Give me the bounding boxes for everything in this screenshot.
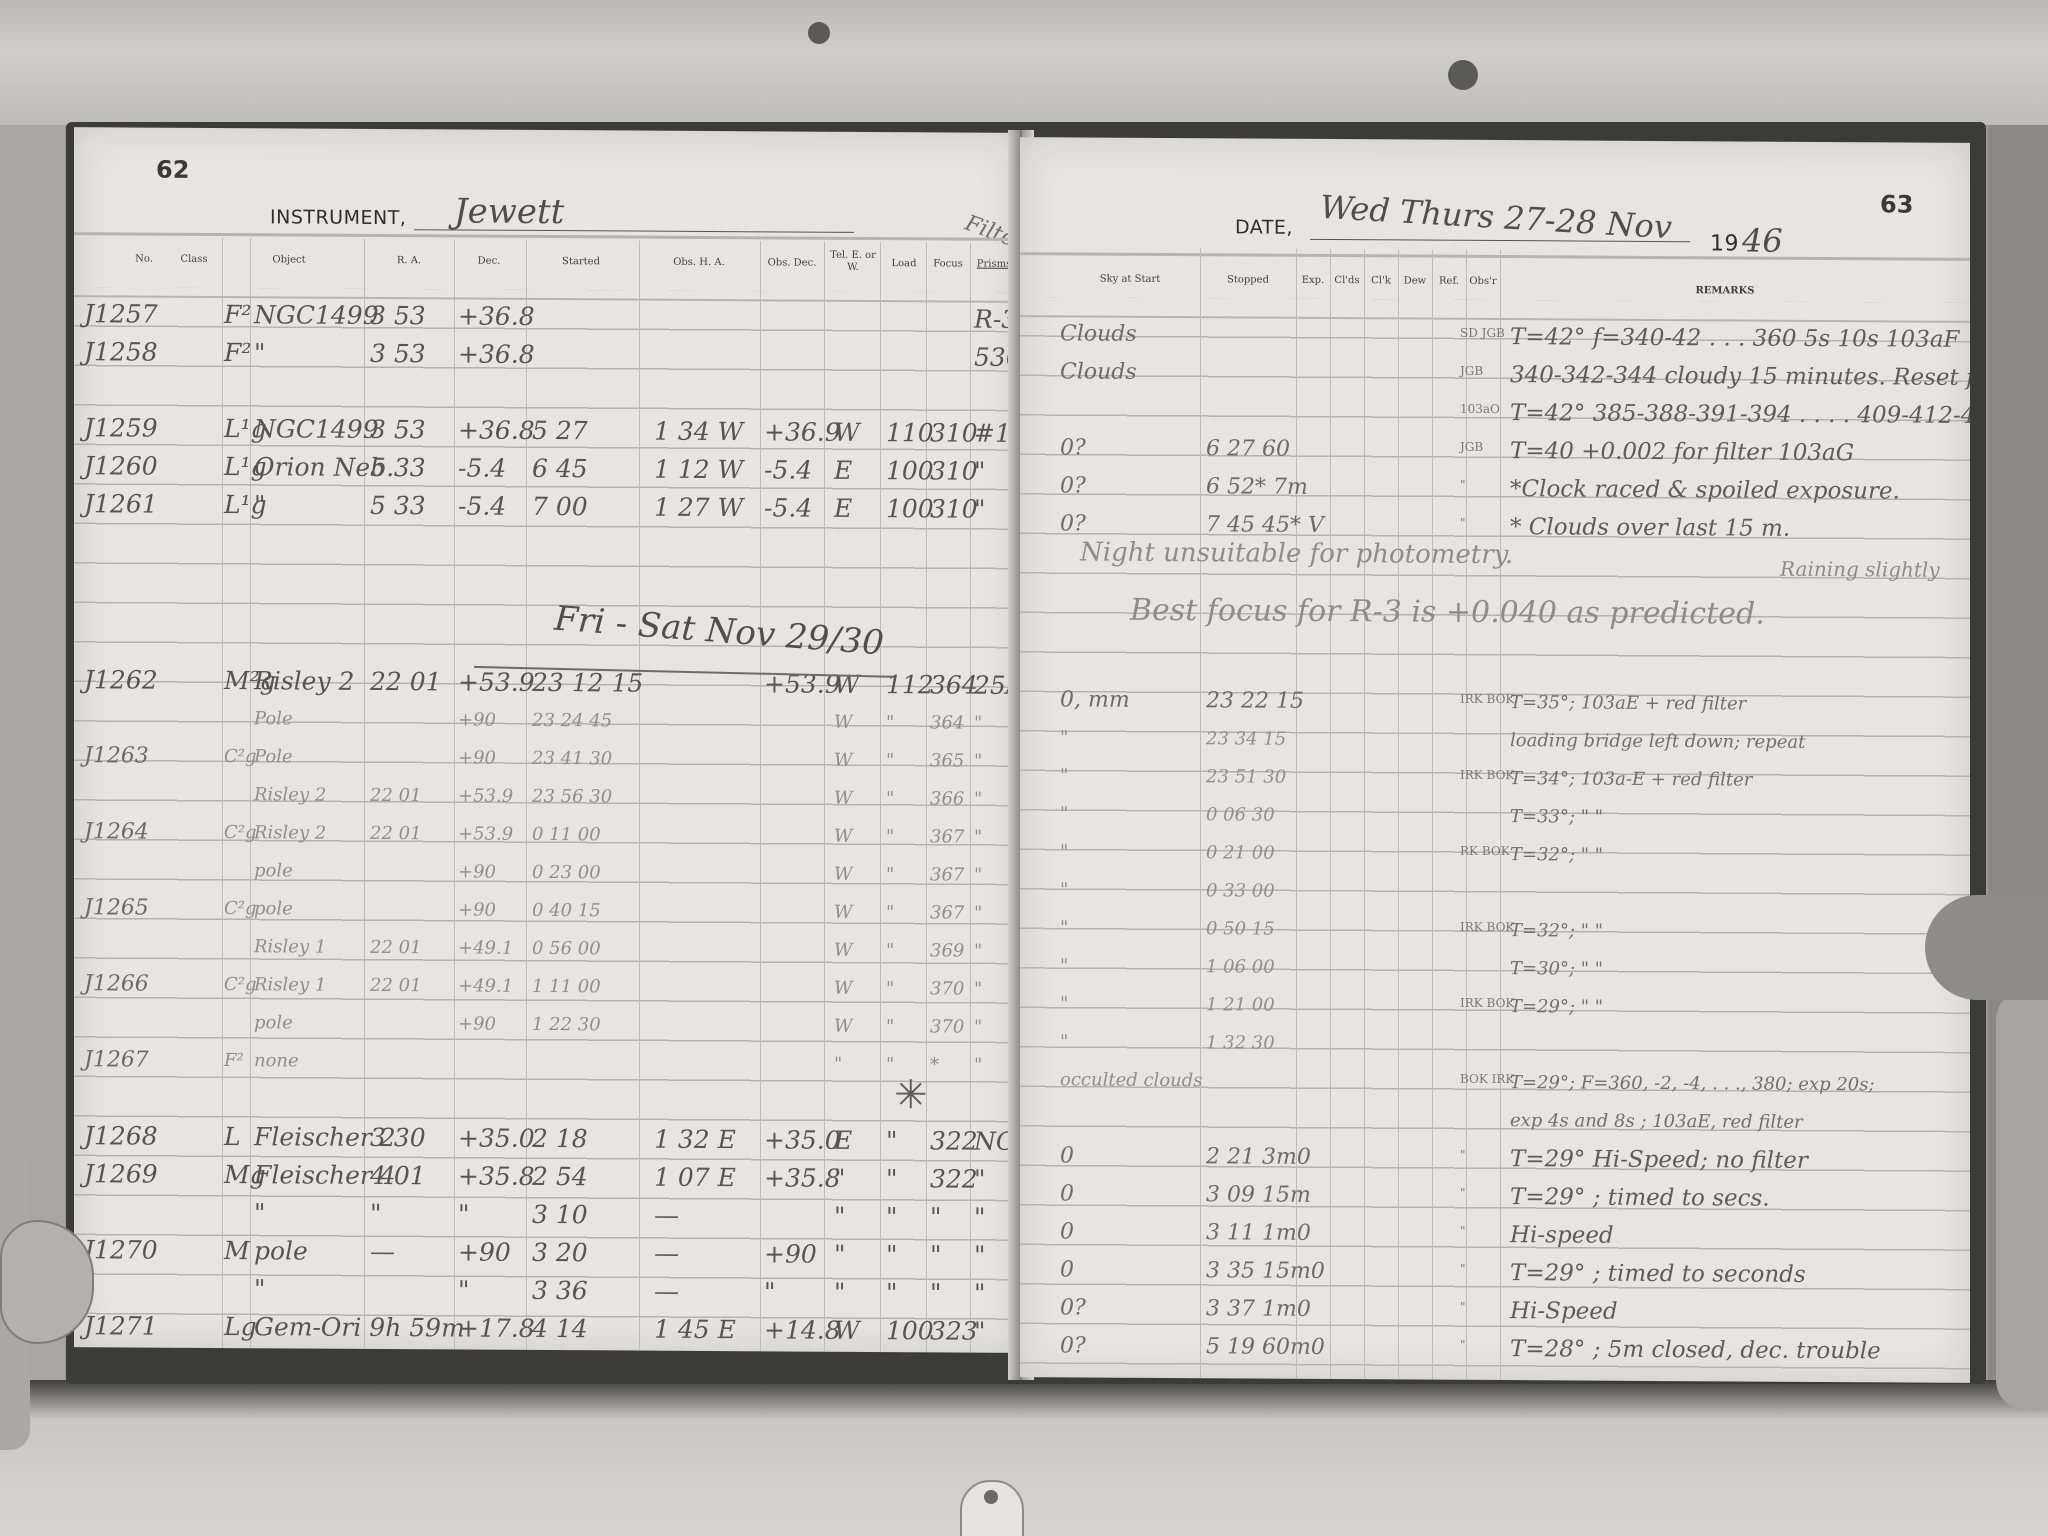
entry-obs-ha: — xyxy=(654,1235,679,1273)
night-note-raining: Raining slightly xyxy=(1780,557,1940,582)
entry-prisms: " xyxy=(974,743,982,781)
entry-obs-dec: " xyxy=(764,1273,776,1311)
entry-started: 3 10 xyxy=(532,1196,588,1234)
log-entry-row: J1266C²gRisley 122 01+49.11 11 00W"370" xyxy=(74,965,1018,1009)
entry-object: none xyxy=(254,1042,299,1080)
entry-ra: 3 53 xyxy=(370,335,426,373)
entry-obs-dec: +36.9 xyxy=(764,413,841,451)
entry-obs-ha: 1 32 E xyxy=(654,1121,736,1160)
entry-remarks: T=29°; " " xyxy=(1510,988,1603,1027)
entry-dec: " xyxy=(458,1271,470,1309)
entry-stopped: 23 34 15 xyxy=(1206,720,1286,758)
entry-prisms: " xyxy=(974,857,982,895)
entry-telescope-side: E xyxy=(834,490,852,528)
entry-number: J1271 xyxy=(84,1307,158,1345)
entry-object: pole xyxy=(254,1004,293,1042)
log-entry-row-continued: "1 21 00IRK BOKT=29°; " " xyxy=(1020,985,1970,1029)
log-entry-row: J1261L¹g"5 33-5.47 001 27 W-5.4E100310" xyxy=(74,485,1018,529)
entry-stopped: 0 06 30 xyxy=(1206,796,1275,834)
entry-telescope-side: " xyxy=(834,1274,846,1312)
left-page: 62 INSTRUMENT, Jewett Filter No. Class O… xyxy=(74,127,1018,1353)
col-header-started: Started xyxy=(526,256,636,269)
entry-prisms: " xyxy=(974,453,986,491)
entry-number: J1265 xyxy=(84,889,149,927)
entry-telescope-side: " xyxy=(834,1160,846,1198)
log-entry-row-continued: 03 35 15m0"T=29° ; timed to seconds xyxy=(1020,1251,1970,1295)
entry-number: J1264 xyxy=(84,813,149,851)
entry-ra: 22 01 xyxy=(370,777,422,815)
entry-focus: 322 xyxy=(930,1160,978,1198)
entry-object: " xyxy=(254,334,266,372)
entry-telescope-side: W xyxy=(834,1312,860,1350)
entry-prisms: " xyxy=(974,1161,986,1199)
log-entry-row-continued: "23 34 15loading bridge left down; repea… xyxy=(1020,719,1970,763)
entry-load: 112 xyxy=(886,666,934,704)
log-entry-row: J1271LgGem-Ori 9h 59m+17.84 141 45 E+14.… xyxy=(74,1307,1018,1351)
entry-dec: -5.4 xyxy=(458,487,506,525)
entry-stopped: 2 21 3m0 xyxy=(1206,1138,1311,1177)
entry-remarks: exp 4s and 8s ; 103aE, red filter xyxy=(1510,1102,1803,1142)
entry-remarks: T=32°; " " xyxy=(1510,912,1603,951)
entry-focus: 310 xyxy=(930,490,978,528)
entry-focus: 322 xyxy=(930,1122,978,1160)
entry-remarks: T=29° ; timed to secs. xyxy=(1510,1178,1770,1218)
entry-obs-dec: +14.8 xyxy=(764,1311,841,1349)
year-suffix: 46 xyxy=(1742,222,1783,260)
entry-focus: 367 xyxy=(930,818,964,856)
entry-dec: +49.1 xyxy=(458,967,513,1005)
entry-stopped: 0 21 00 xyxy=(1206,834,1275,872)
log-entry-row: J1259L¹gNGC14993 53+36.85 271 34 W+36.9W… xyxy=(74,409,1018,453)
col-header-ra: R. A. xyxy=(364,255,454,268)
entry-observer: " xyxy=(1460,516,1466,530)
entry-prisms: " xyxy=(974,1275,986,1313)
entry-observer: " xyxy=(1460,1262,1466,1276)
entry-started: 1 11 00 xyxy=(532,968,601,1006)
entry-started: 3 20 xyxy=(532,1234,588,1272)
entry-telescope-side: W xyxy=(834,856,853,894)
entry-dec: " xyxy=(458,1195,470,1233)
entry-ra: 3 53 xyxy=(370,297,426,335)
instrument-value: Jewett xyxy=(454,191,564,232)
entry-object: " xyxy=(254,486,266,524)
entry-load: 100 xyxy=(886,1312,934,1350)
entry-object: pole xyxy=(254,852,293,890)
entry-obs-ha: 1 12 W xyxy=(654,451,743,490)
entry-obs-ha: 1 45 E xyxy=(654,1311,736,1350)
entry-sky: 0 xyxy=(1060,1251,1074,1289)
entry-observer: JGB xyxy=(1460,440,1483,454)
entry-class: C²g xyxy=(224,814,257,852)
entry-sky: " xyxy=(1060,985,1068,1023)
entry-observer: " xyxy=(1460,1338,1466,1352)
entry-class: Lg xyxy=(224,1308,257,1346)
entry-class: C²g xyxy=(224,738,257,776)
log-entry-row-continued: CloudsSD JGBT=42° f=340-42 . . . 360 5s … xyxy=(1020,315,1970,359)
entry-stopped: 3 35 15m0 xyxy=(1206,1252,1325,1291)
entry-observer: " xyxy=(1460,1300,1466,1314)
entry-load: " xyxy=(886,742,894,780)
entry-sky: occulted clouds xyxy=(1060,1061,1203,1100)
log-entry-row: Risley 122 01+49.10 56 00W"369" xyxy=(74,927,1018,971)
thumb-right xyxy=(1925,895,2048,1000)
entry-prisms: " xyxy=(974,781,982,819)
entry-started: 0 11 00 xyxy=(532,816,601,854)
wood-knot xyxy=(808,22,830,44)
right-column-headers: Sky at Start Stopped Exp. Cl'ds Cl'k Dew… xyxy=(1020,252,1970,323)
entry-remarks: 340-342-344 cloudy 15 minutes. Reset for… xyxy=(1510,356,1970,398)
entry-prisms: " xyxy=(974,971,982,1009)
entry-sky: " xyxy=(1060,1023,1068,1061)
entry-started: 2 54 xyxy=(532,1158,588,1196)
entry-number: J1269 xyxy=(84,1155,158,1193)
entry-obs-ha: — xyxy=(654,1273,679,1311)
entry-object: pole xyxy=(254,1232,308,1270)
entry-sky: " xyxy=(1060,719,1068,757)
entry-observer: " xyxy=(1460,1148,1466,1162)
entry-object: Risley 2 xyxy=(254,814,326,852)
entry-sky: Clouds xyxy=(1060,353,1137,391)
log-entry-row: J1265C²gpole+900 40 15W"367" xyxy=(74,889,1018,933)
entry-focus: 323 xyxy=(930,1312,978,1350)
entry-load: " xyxy=(886,1160,898,1198)
wood-knot xyxy=(1448,60,1478,90)
entry-number: J1262 xyxy=(84,661,158,699)
log-entry-row-continued: 02 21 3m0"T=29° Hi-Speed; no filter xyxy=(1020,1137,1970,1181)
entry-started: 0 40 15 xyxy=(532,892,601,930)
log-entry-row: Pole+9023 24 45W"364" xyxy=(74,699,1018,743)
entry-started: 4 14 xyxy=(532,1310,588,1348)
entry-started: 5 27 xyxy=(532,412,588,450)
col-header-obs-ha: Obs. H. A. xyxy=(639,257,759,270)
entry-remarks: T=40 +0.002 for filter 103aG xyxy=(1510,432,1854,472)
entry-number: J1257 xyxy=(84,295,158,333)
entry-class: L xyxy=(224,1118,241,1156)
entry-load: 100 xyxy=(886,452,934,490)
wooden-board-top xyxy=(0,0,2048,125)
log-entry-row: ""3 36—""""" xyxy=(74,1269,1018,1313)
entry-remarks: T=28° ; 5m closed, dec. trouble xyxy=(1510,1330,1881,1370)
entry-prisms: " xyxy=(974,1313,986,1351)
entry-remarks: T=30°; " " xyxy=(1510,950,1603,989)
entry-sky: 0 xyxy=(1060,1175,1074,1213)
entry-telescope-side: E xyxy=(834,452,852,490)
entry-started: 2 18 xyxy=(532,1120,588,1158)
col-header-sky: Sky at Start xyxy=(1060,273,1200,286)
entry-remarks: T=34°; 103a-E + red filter xyxy=(1510,760,1752,799)
entry-observer: " xyxy=(1460,478,1466,492)
entry-stopped: 6 27 60 xyxy=(1206,430,1290,469)
log-entry-row-continued: 0?3 37 1m0"Hi-Speed xyxy=(1020,1289,1970,1333)
col-header-object: Object xyxy=(224,254,354,267)
entry-focus: 367 xyxy=(930,894,964,932)
col-header-focus: Focus xyxy=(926,258,970,270)
entry-ra: 3 53 xyxy=(370,411,426,449)
entry-remarks: T=35°; 103aE + red filter xyxy=(1510,684,1746,723)
entry-dec: +49.1 xyxy=(458,929,513,967)
entry-remarks: T=32°; " " xyxy=(1510,836,1603,875)
left-page-number: 62 xyxy=(156,156,189,184)
entry-prisms: " xyxy=(974,1047,982,1085)
date-value: Wed Thurs 27-28 Nov xyxy=(1319,188,1673,247)
entry-prisms: " xyxy=(974,491,986,529)
col-header-clouds: Cl'ds xyxy=(1330,275,1364,287)
entry-obs-dec: -5.4 xyxy=(764,451,812,489)
entry-observer: BOK IRK xyxy=(1460,1072,1514,1086)
entry-object: Pole xyxy=(254,700,293,738)
entry-prisms: " xyxy=(974,933,982,971)
entry-ra: — xyxy=(370,1233,395,1271)
entry-focus: " xyxy=(930,1236,942,1274)
col-header-dew: Dew xyxy=(1398,275,1432,287)
entry-telescope-side: W xyxy=(834,704,853,742)
entry-obs-ha: — xyxy=(654,1197,679,1235)
entry-sky: " xyxy=(1060,947,1068,985)
log-entry-row xyxy=(74,371,1018,415)
entry-object: " xyxy=(254,1194,266,1232)
log-entry-row: J1264C²gRisley 222 01+53.90 11 00W"367" xyxy=(74,813,1018,857)
entry-observer: RK BOK xyxy=(1460,844,1510,858)
log-entry-row-continued: 03 11 1m0"Hi-speed xyxy=(1020,1213,1970,1257)
year-prefix: 19 xyxy=(1710,231,1739,256)
entry-object: pole xyxy=(254,890,293,928)
entry-sky: " xyxy=(1060,757,1068,795)
entry-dec: +90 xyxy=(458,739,496,777)
entry-object: Gem-Ori 9h 59m xyxy=(254,1308,465,1347)
entry-started: 1 22 30 xyxy=(532,1006,601,1044)
entry-number: J1263 xyxy=(84,737,149,775)
entry-stopped: 1 06 00 xyxy=(1206,948,1275,986)
log-entry-row-continued: 0?6 27 60JGBT=40 +0.002 for filter 103aG xyxy=(1020,429,1970,473)
entry-sky: 0? xyxy=(1060,429,1086,467)
entry-prisms: " xyxy=(974,1009,982,1047)
col-header-exp: Exp. xyxy=(1296,275,1330,287)
entry-focus: 310 xyxy=(930,414,978,452)
col-header-remarks: REMARKS xyxy=(1500,284,1950,299)
entry-focus: 366 xyxy=(930,780,964,818)
log-entry-row: J1260L¹gOrion Neb.5 33-5.46 451 12 W-5.4… xyxy=(74,447,1018,491)
log-entry-row-continued: "1 06 00T=30°; " " xyxy=(1020,947,1970,991)
log-entry-row: J1257F²NGC14993 53+36.8R-3 xyxy=(74,295,1018,339)
log-entry-row-continued: "0 33 00 xyxy=(1020,871,1970,915)
entry-dec: +53.9 xyxy=(458,777,513,815)
hand-right xyxy=(1996,990,2048,1410)
log-entry-row: J1270Mpole—+903 20—+90"""" xyxy=(74,1231,1018,1275)
entry-ra: 22 01 xyxy=(370,929,422,967)
entry-sky: " xyxy=(1060,871,1068,909)
entry-telescope-side: W xyxy=(834,894,853,932)
entry-number: J1267 xyxy=(84,1041,149,1079)
col-header-dec: Dec. xyxy=(454,255,524,267)
entry-dec: +53.9 xyxy=(458,815,513,853)
entry-focus: 369 xyxy=(930,932,964,970)
entry-telescope-side: " xyxy=(834,1236,846,1274)
entry-dec: +53.9 xyxy=(458,663,535,701)
entry-observer: JGB xyxy=(1460,364,1483,378)
asterisk-mark: ✳ xyxy=(894,1072,928,1118)
entry-stopped: 0 50 15 xyxy=(1206,910,1275,948)
entry-load: " xyxy=(886,970,894,1008)
entry-obs-ha: 1 27 W xyxy=(654,489,743,528)
entry-observer: IRK BOK xyxy=(1460,920,1514,934)
col-header-ref: Ref. xyxy=(1432,276,1466,288)
entry-telescope-side: " xyxy=(834,1046,842,1084)
entry-obs-dec: +53.9 xyxy=(764,665,841,703)
log-entry-row-continued: occulted cloudsBOK IRKT=29°; F=360, -2, … xyxy=(1020,1061,1970,1105)
entry-dec: +90 xyxy=(458,853,496,891)
entry-remarks: T=42° f=340-42 . . . 360 5s 10s 103aF xyxy=(1510,318,1960,359)
entry-focus: 367 xyxy=(930,856,964,894)
entry-load: 110 xyxy=(886,414,934,452)
entry-class: F² xyxy=(224,334,251,372)
entry-dec: +90 xyxy=(458,891,496,929)
entry-class: F² xyxy=(224,1042,244,1080)
entry-load: " xyxy=(886,780,894,818)
entry-stopped: 3 11 1m0 xyxy=(1206,1214,1311,1253)
entry-ra: " xyxy=(370,1195,382,1233)
right-page-number: 63 xyxy=(1880,190,1913,218)
entry-dec: +35.8 xyxy=(458,1157,535,1195)
entry-stopped: 3 09 15m xyxy=(1206,1176,1311,1215)
entry-load: " xyxy=(886,704,894,742)
entry-started: 0 56 00 xyxy=(532,930,601,968)
entry-object: " xyxy=(254,1270,266,1308)
entry-number: J1268 xyxy=(84,1117,158,1155)
log-entry-row-continued: "23 51 30IRK BOKT=34°; 103a-E + red filt… xyxy=(1020,757,1970,801)
entry-remarks: T=42° 385-388-391-394 . . . . 409-412-41… xyxy=(1510,394,1970,436)
entry-obs-dec: +90 xyxy=(764,1235,817,1273)
entry-prisms: " xyxy=(974,1199,986,1237)
entry-ra: 5 33 xyxy=(370,487,426,525)
entry-ra: 5 33 xyxy=(370,449,426,487)
entry-sky: " xyxy=(1060,909,1068,947)
entry-focus: 364 xyxy=(930,704,964,742)
entry-sky: 0 xyxy=(1060,1137,1074,1175)
entry-number: J1266 xyxy=(84,965,149,1003)
log-entry-row-continued: exp 4s and 8s ; 103aE, red filter xyxy=(1020,1099,1970,1143)
entry-remarks: T=29° Hi-Speed; no filter xyxy=(1510,1140,1808,1180)
entry-started: 23 24 45 xyxy=(532,702,612,740)
log-entry-row-continued: 0, mm23 22 15IRK BOKT=35°; 103aE + red f… xyxy=(1020,681,1970,725)
entry-dec: +90 xyxy=(458,701,496,739)
entry-obs-dec: -5.4 xyxy=(764,489,812,527)
entry-observer: " xyxy=(1460,1224,1466,1238)
entry-telescope-side: W xyxy=(834,970,853,1008)
entry-sky: 0, mm xyxy=(1060,681,1130,719)
entry-remarks: loading bridge left down; repeat xyxy=(1510,722,1805,762)
entry-remarks: T=33°; " " xyxy=(1510,798,1603,837)
entry-dec: -5.4 xyxy=(458,449,506,487)
entry-remarks: T=29°; F=360, -2, -4, . . ., 380; exp 20… xyxy=(1510,1064,1875,1104)
entry-sky: 0 xyxy=(1060,1213,1074,1251)
log-entry-row: J1269MgFleischer 44 01+35.82 541 07 E+35… xyxy=(74,1155,1018,1199)
entry-prisms: " xyxy=(974,705,982,743)
log-entry-row: pole+900 23 00W"367" xyxy=(74,851,1018,895)
entry-started: 23 41 30 xyxy=(532,740,612,778)
entry-object: NGC1499 xyxy=(254,410,379,449)
entry-started: 6 45 xyxy=(532,450,588,488)
entry-telescope-side: W xyxy=(834,666,860,704)
log-entry-row-continued: CloudsJGB340-342-344 cloudy 15 minutes. … xyxy=(1020,353,1970,397)
entry-observer: 103aO xyxy=(1460,402,1500,416)
entry-prisms: " xyxy=(974,1237,986,1275)
entry-ra: 4 01 xyxy=(370,1157,426,1195)
entry-sky: 0? xyxy=(1060,1327,1086,1365)
entry-observer: IRK BOK xyxy=(1460,768,1514,782)
col-header-stopped: Stopped xyxy=(1200,274,1296,287)
entry-load: " xyxy=(886,1122,898,1160)
entry-stopped: 1 21 00 xyxy=(1206,986,1275,1024)
entry-started: 23 56 30 xyxy=(532,778,612,816)
right-page: 63 DATE, Wed Thurs 27-28 Nov 19 46 Sky a… xyxy=(1020,137,1970,1383)
entry-stopped: 6 52* 7m xyxy=(1206,468,1308,507)
entry-sky: 0? xyxy=(1060,1289,1086,1327)
entry-telescope-side: W xyxy=(834,932,853,970)
entry-object: Risley 2 xyxy=(254,776,326,814)
entry-focus: " xyxy=(930,1198,942,1236)
entry-load: " xyxy=(886,894,894,932)
entry-ra: 3 30 xyxy=(370,1119,426,1157)
entry-class: F² xyxy=(224,296,251,334)
entry-telescope-side: W xyxy=(834,742,853,780)
instrument-label: INSTRUMENT, xyxy=(270,206,406,229)
log-entry-row: J1263C²gPole+9023 41 30W"365" xyxy=(74,737,1018,781)
entry-focus: " xyxy=(930,1274,942,1312)
entry-object: Risley 2 xyxy=(254,662,354,701)
entry-telescope-side: W xyxy=(834,1008,853,1046)
entry-load: " xyxy=(886,1274,898,1312)
left-column-headers: No. Class Object R. A. Dec. Started Obs.… xyxy=(74,232,1018,303)
entry-remarks: Hi-Speed xyxy=(1510,1292,1618,1331)
log-entry-row-continued: "1 32 30 xyxy=(1020,1023,1970,1067)
entry-ra: 22 01 xyxy=(370,967,422,1005)
log-entry-row-continued: 0?5 19 60m0"T=28° ; 5m closed, dec. trou… xyxy=(1020,1327,1970,1371)
entry-dec: +36.8 xyxy=(458,335,535,373)
entry-sky: 0? xyxy=(1060,467,1086,505)
entry-focus: * xyxy=(930,1046,939,1084)
col-header-load: Load xyxy=(882,258,926,270)
entry-object: Pole xyxy=(254,738,293,776)
entry-focus: 365 xyxy=(930,742,964,780)
entry-stopped: 23 51 30 xyxy=(1206,758,1286,796)
entry-remarks: * Clouds over last 15 m. xyxy=(1510,508,1790,548)
log-entry-row-continued: "0 06 30T=33°; " " xyxy=(1020,795,1970,839)
entry-dec: +17.8 xyxy=(458,1309,535,1347)
entry-prisms: " xyxy=(974,895,982,933)
entry-load: 100 xyxy=(886,490,934,528)
col-header-clock: Cl'k xyxy=(1364,275,1398,287)
entry-object: Risley 1 xyxy=(254,928,326,966)
entry-obs-ha: 1 34 W xyxy=(654,413,743,452)
entry-load: " xyxy=(886,1008,894,1046)
entry-telescope-side: W xyxy=(834,818,853,856)
entry-started: 3 36 xyxy=(532,1272,588,1310)
log-entry-row: J1258F²"3 53+36.85302 xyxy=(74,333,1018,377)
entry-class: C²g xyxy=(224,890,257,928)
log-entry-row: pole+901 22 30W"370" xyxy=(74,1003,1018,1047)
entry-object: Risley 1 xyxy=(254,966,326,1004)
night-note-unsuitable: Night unsuitable for photometry. xyxy=(1080,537,1513,570)
entry-prisms: " xyxy=(974,819,982,857)
entry-stopped: 1 32 30 xyxy=(1206,1024,1275,1062)
entry-stopped: 3 37 1m0 xyxy=(1206,1290,1311,1329)
entry-load: " xyxy=(886,856,894,894)
entry-started: 0 23 00 xyxy=(532,854,601,892)
entry-observer: " xyxy=(1460,1186,1466,1200)
entry-telescope-side: W xyxy=(834,414,860,452)
entry-focus: 364 xyxy=(930,666,978,704)
entry-started: 7 00 xyxy=(532,488,588,526)
